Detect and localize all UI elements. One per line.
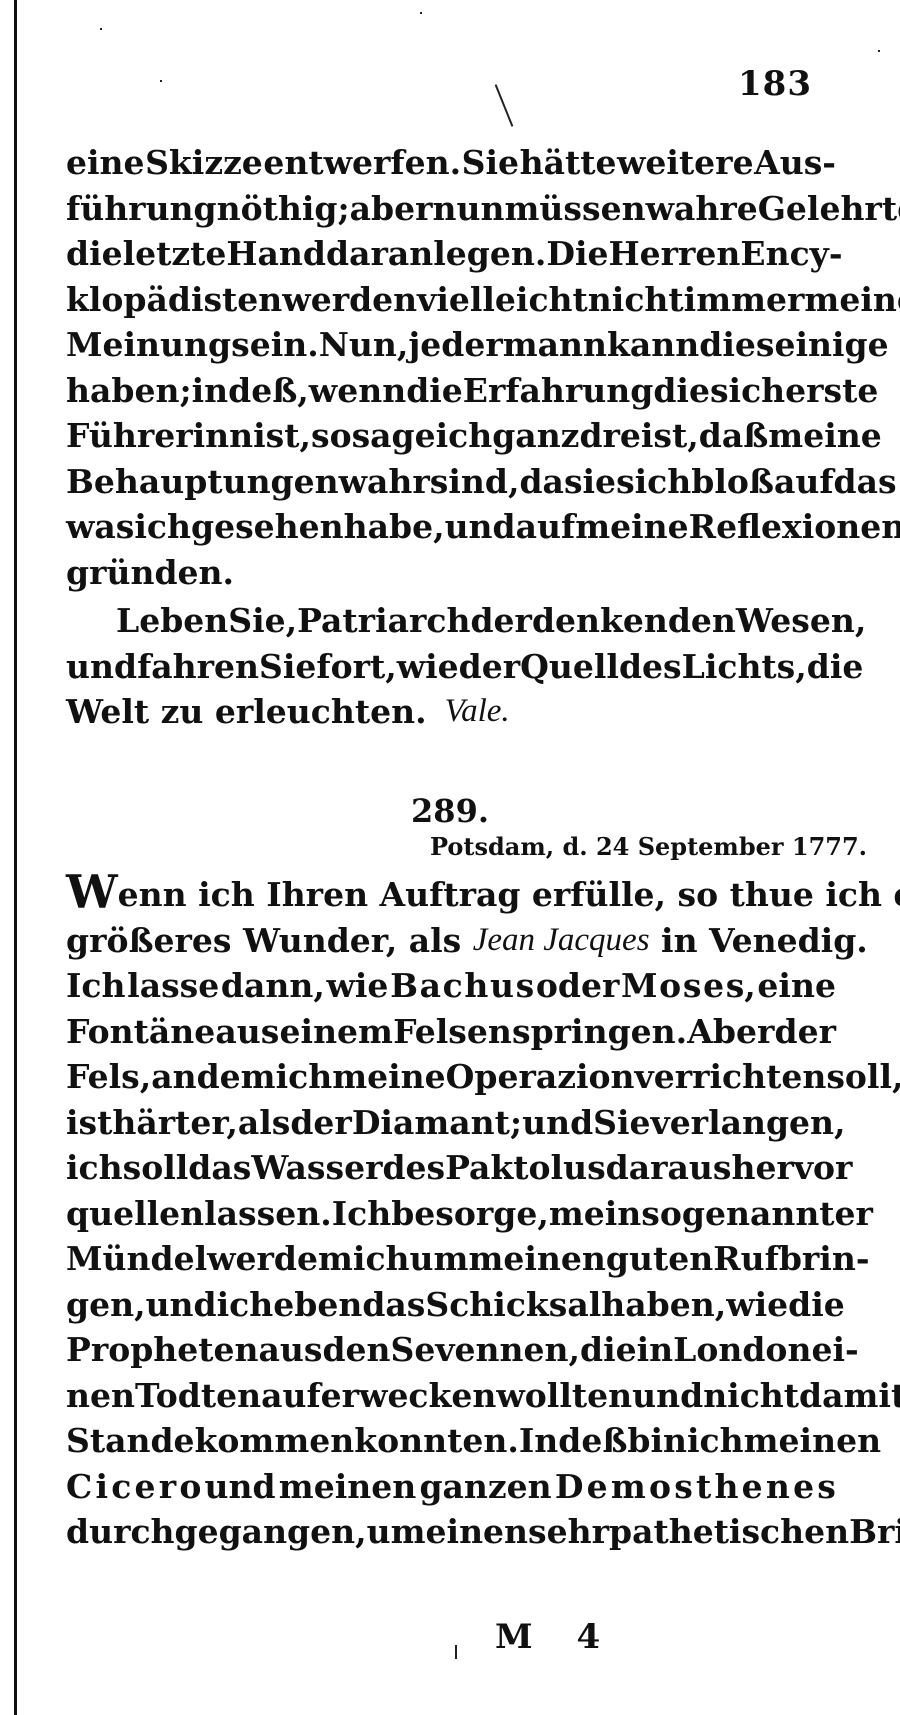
speck <box>878 50 880 52</box>
text-line: CiceroundmeinenganzenDemosthenes <box>66 1464 836 1510</box>
text-line: dieletzteHanddaranlegen.DieHerrenEncy- <box>66 231 836 277</box>
text-line: isthärter,alsderDiamant;undSieverlangen, <box>66 1100 836 1146</box>
text-line: größeres Wunder, als Jean Jacques in Ven… <box>66 918 836 964</box>
text-line: MündelwerdemichummeinengutenRufbrin- <box>66 1236 836 1282</box>
letter-number: 289. <box>0 792 900 830</box>
text-line: quellenlassen.Ichbesorge,meinsogenannter <box>66 1191 836 1237</box>
speck <box>455 1645 457 1659</box>
ink-mark <box>495 84 514 126</box>
text-line: Welt zu erleuchten. Vale. <box>66 689 836 735</box>
text-fragment: enn ich Ihren Auftrag erfülle, so thue i… <box>118 872 900 918</box>
text-line: Meinungsein.Nun,jedermannkanndieseinige <box>66 322 836 368</box>
speck <box>420 12 422 14</box>
text-line: FontäneauseinemFelsenspringen.Aberder <box>66 1009 836 1055</box>
letter-dateline: Potsdam, d. 24 September 1777. <box>430 832 867 861</box>
text-line: Standekommenkonnten.Indeßbinichmeinen <box>66 1418 836 1464</box>
text-line: Behauptungenwahrsind,dasiesichbloßaufdas <box>66 459 836 505</box>
text-line: eineSkizzeentwerfen.SiehätteweitereAus- <box>66 140 836 186</box>
signature-mark: M 4 <box>495 1617 616 1657</box>
speck <box>100 28 102 30</box>
name-jean-jacques: Jean Jacques <box>473 918 650 964</box>
speck <box>160 80 162 82</box>
drop-cap: W <box>66 872 118 918</box>
paragraph-continuation: eineSkizzeentwerfen.SiehätteweitereAus- … <box>66 140 836 595</box>
text-line: Fels,andemichmeineOperazionverrichtensol… <box>66 1054 836 1100</box>
text-line: ichsolldasWasserdesPaktolusdaraushervor <box>66 1145 836 1191</box>
text-line: durchgegangen,umeinensehrpathetischenBri… <box>66 1509 836 1555</box>
page-number: 183 <box>738 64 812 104</box>
text-fragment: Welt zu erleuchten. <box>66 689 427 735</box>
text-line: Führerinnist,sosageichganzdreist,daßmein… <box>66 413 836 459</box>
text-line: klopädistenwerdenvielleichtnichtimmermei… <box>66 277 836 323</box>
text-line: gründen. <box>66 550 836 596</box>
text-line: Ichlassedann,wieBachusoderMoses,eine <box>66 963 836 1009</box>
text-line: haben;indeß,wenndieErfahrungdiesicherste <box>66 368 836 414</box>
letter-body: W enn ich Ihren Auftrag erfülle, so thue… <box>66 872 836 1555</box>
page-edge-line <box>14 0 17 1715</box>
text-fragment: größeres Wunder, als <box>66 918 473 964</box>
text-line: nenTodtenauferweckenwolltenundnichtdamit… <box>66 1373 836 1419</box>
text-line: ProphetenausdenSevennen,dieinLondonei- <box>66 1327 836 1373</box>
text-fragment: in Venedig. <box>650 918 868 964</box>
text-line: W enn ich Ihren Auftrag erfülle, so thue… <box>66 872 836 918</box>
closing-vale: Vale. <box>445 689 510 735</box>
paragraph-farewell: LebenSie,PatriarchderdenkendenWesen, und… <box>66 598 836 735</box>
text-line: LebenSie,PatriarchderdenkendenWesen, <box>66 598 836 644</box>
text-line: wasichgesehenhabe,undaufmeineReflexionen <box>66 504 836 550</box>
text-line: führungnöthig;abernunmüssenwahreGelehrte <box>66 186 836 232</box>
text-line: undfahrenSiefort,wiederQuelldesLichts,di… <box>66 644 836 690</box>
text-line: gen,undichebendasSchicksalhaben,wiedie <box>66 1282 836 1328</box>
